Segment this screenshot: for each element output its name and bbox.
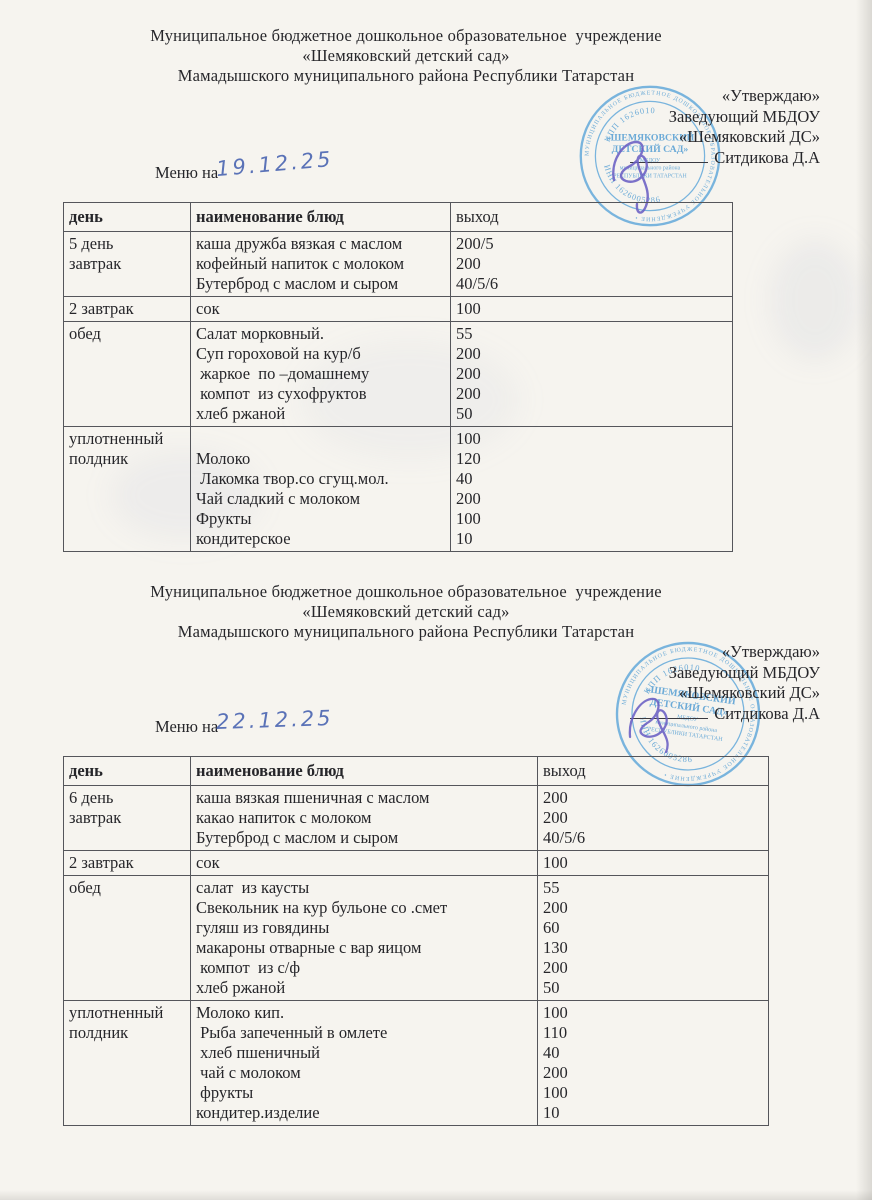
menu-for-label: Меню на [155,717,218,737]
portion-size-line: 40/5/6 [543,828,764,848]
portion-size-line: 55 [543,878,764,898]
organization-header: Муниципальное бюджетное дошкольное образ… [70,582,742,642]
dish-name-line: каша вязкая пшеничная с маслом [196,788,533,808]
dish-name-line: компот из с/ф [196,958,533,978]
portion-size-line: 100 [543,1003,764,1023]
portion-size-line: 200 [543,958,764,978]
dish-cell: сок [191,851,538,876]
org-name-line: Мамадышского муниципального района Респу… [70,622,742,642]
portion-size-line: 200 [543,808,764,828]
dish-name-line: Свекольник на кур бульоне со .смет [196,898,533,918]
org-name-line: «Шемяковский детский сад» [70,602,742,622]
dish-name-line: Бутерброд с маслом и сыром [196,828,533,848]
menu-table-row: 6 деньзавтраккаша вязкая пшеничная с мас… [64,786,769,851]
dish-cell: салат из каустыСвекольник на кур бульоне… [191,876,538,1001]
menu-table: день наименование блюд выход 6 деньзавтр… [63,756,769,1126]
day-cell: 6 деньзавтрак [64,786,191,851]
dish-name-line: хлеб пшеничный [196,1043,533,1063]
dish-name-line: гуляш из говядины [196,918,533,938]
dish-cell: каша вязкая пшеничная с масломкакао напи… [191,786,538,851]
day-cell: обед [64,876,191,1001]
meal-name-line: обед [69,878,186,898]
portion-size-line: 10 [543,1103,764,1123]
menu-table-header-row: день наименование блюд выход [64,757,769,786]
approver-name: Ситдикова Д.А [714,704,820,723]
dish-name-line: кондитер.изделие [196,1103,533,1123]
dish-name-line: Молоко кип. [196,1003,533,1023]
approval-quote: «Утверждаю» [630,642,820,663]
portion-size-line: 100 [543,853,764,873]
portion-size-line: 110 [543,1023,764,1043]
meal-name-line: уплотненный [69,1003,186,1023]
menu-table-row: обедсалат из каустыСвекольник на кур бул… [64,876,769,1001]
col-header-day: день [64,757,191,786]
meal-name-line: 2 завтрак [69,853,186,873]
portion-size-line: 60 [543,918,764,938]
day-cell: 2 завтрак [64,851,191,876]
dish-name-line: макароны отварные с вар яицом [196,938,533,958]
portion-size-line: 200 [543,898,764,918]
approval-org: «Шемяковский ДС» [630,683,820,704]
portion-size-line: 50 [543,978,764,998]
approval-signature-line: Ситдикова Д.А [630,704,820,725]
dish-cell: Молоко кип. Рыба запеченный в омлете хле… [191,1001,538,1126]
dish-name-line: какао напиток с молоком [196,808,533,828]
handwritten-menu-date: 22.12.25 [216,706,334,734]
dish-name-line: фрукты [196,1083,533,1103]
col-header-out: выход [538,757,769,786]
dish-name-line: чай с молоком [196,1063,533,1083]
approval-block: «Утверждаю» Заведующий МБДОУ «Шемяковски… [630,642,820,724]
day-cell: уплотненныйполдник [64,1001,191,1126]
out-cell: 552006013020050 [538,876,769,1001]
out-cell: 20020040/5/6 [538,786,769,851]
approval-role: Заведующий МБДОУ [630,663,820,684]
dish-name-line: хлеб ржаной [196,978,533,998]
org-name-line: Муниципальное бюджетное дошкольное образ… [70,582,742,602]
meal-name-line: 6 день [69,788,186,808]
dish-name-line: сок [196,853,533,873]
dish-name-line: салат из каусты [196,878,533,898]
menu-table-row: уплотненныйполдникМолоко кип. Рыба запеч… [64,1001,769,1126]
out-cell: 1001104020010010 [538,1001,769,1126]
portion-size-line: 100 [543,1083,764,1103]
out-cell: 100 [538,851,769,876]
menu-page-2: Муниципальное бюджетное дошкольное образ… [0,0,872,1200]
scanned-menu-document: { "document": { "menus": [ { "org_line1"… [0,0,872,1200]
portion-size-line: 130 [543,938,764,958]
col-header-dishes: наименование блюд [191,757,538,786]
stamp-center-line: РЕСПУБЛИКИ ТАТАРСТАН [647,727,723,744]
portion-size-line: 40 [543,1043,764,1063]
signature-underline [630,704,708,719]
meal-name-line: полдник [69,1023,186,1043]
dish-name-line: Рыба запеченный в омлете [196,1023,533,1043]
portion-size-line: 200 [543,788,764,808]
menu-table-row: 2 завтраксок100 [64,851,769,876]
portion-size-line: 200 [543,1063,764,1083]
meal-name-line: завтрак [69,808,186,828]
